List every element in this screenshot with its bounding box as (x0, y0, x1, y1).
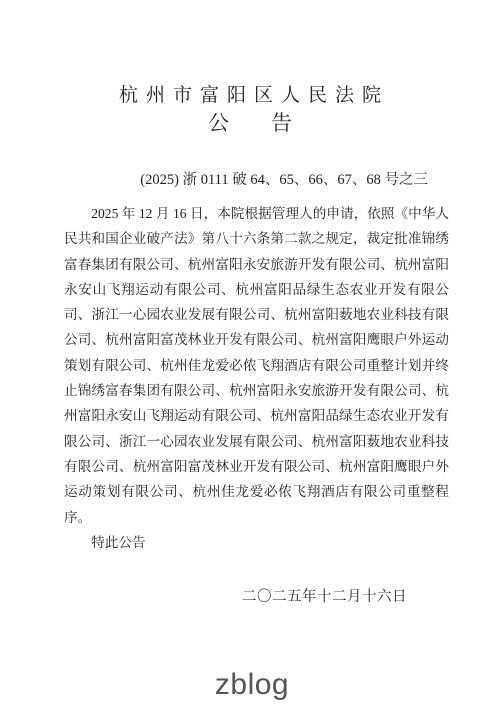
case-number: (2025) 浙 0111 破 64、65、66、67、68 号之三 (140, 168, 428, 189)
announcement-body: 2025 年 12 月 16 日，本院根据管理人的申请，依照《中华人民共和国企业… (64, 201, 449, 530)
announcement-text-block: 2025 年 12 月 16 日，本院根据管理人的申请，依照《中华人民共和国企业… (64, 201, 449, 555)
announcement-title: 公 告 (0, 107, 500, 137)
closing-phrase: 特此公告 (64, 530, 449, 555)
announcement-date: 二〇二五年十二月十六日 (242, 585, 407, 606)
zblog-watermark: zblog (2, 668, 500, 702)
court-name-title: 杭州市富阳区人民法院 (0, 80, 500, 107)
court-announcement-document: 杭州市富阳区人民法院 公 告 (2025) 浙 0111 破 64、65、66、… (0, 0, 500, 707)
